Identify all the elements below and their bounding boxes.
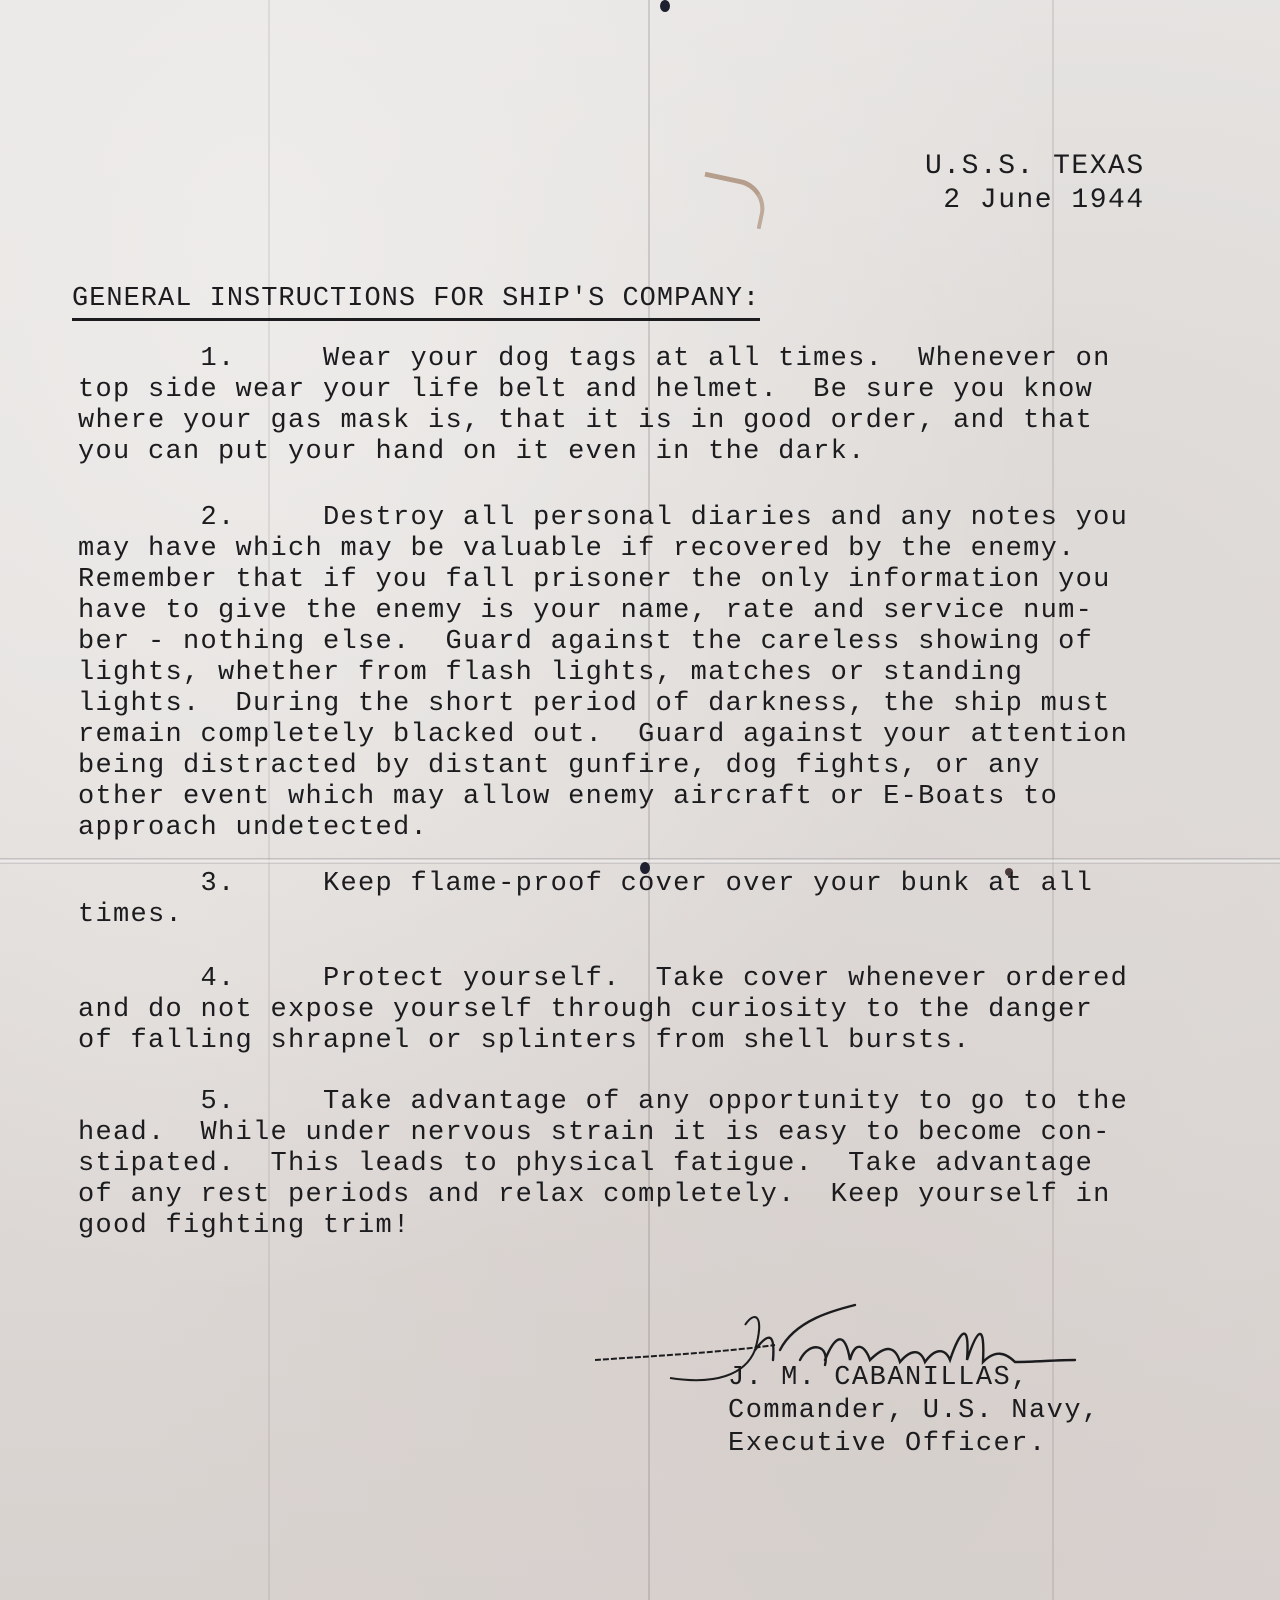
signer-rank: Commander, U.S. Navy, [728,1395,1100,1428]
paragraph-line: remain completely blacked out. Guard aga… [78,720,1128,751]
letter-date: 2 June 1944 [925,184,1145,218]
signature-block: J. M. CABANILLAS, Commander, U.S. Navy, … [728,1362,1100,1461]
rust-stain [696,172,770,230]
paragraph-2: 2. Destroy all personal diaries and any … [78,503,1128,844]
paragraph-line: lights, whether from flash lights, match… [78,658,1128,689]
paragraph-line: good fighting trim! [78,1211,1128,1242]
paragraph-line: 5. Take advantage of any opportunity to … [78,1087,1128,1118]
paragraph-3: 3. Keep flame-proof cover over your bunk… [78,869,1093,931]
paragraph-line: ber - nothing else. Guard against the ca… [78,627,1128,658]
signer-role: Executive Officer. [728,1428,1100,1461]
paragraph-line: other event which may allow enemy aircra… [78,782,1128,813]
paragraph-line: where your gas mask is, that it is in go… [78,406,1111,437]
paragraph-4: 4. Protect yourself. Take cover whenever… [78,964,1128,1057]
paragraph-line: Remember that if you fall prisoner the o… [78,565,1128,596]
paragraph-line: top side wear your life belt and helmet.… [78,375,1111,406]
paragraph-line: of any rest periods and relax completely… [78,1180,1128,1211]
paragraph-line: approach undetected. [78,813,1128,844]
paragraph-line: times. [78,900,1093,931]
paragraph-line: you can put your hand on it even in the … [78,437,1111,468]
paragraph-line: may have which may be valuable if recove… [78,534,1128,565]
paragraph-5: 5. Take advantage of any opportunity to … [78,1087,1128,1242]
ship-name: U.S.S. TEXAS [925,150,1145,184]
letter-header: U.S.S. TEXAS 2 June 1944 [925,150,1145,218]
paragraph-line: lights. During the short period of darkn… [78,689,1128,720]
paragraph-line: 3. Keep flame-proof cover over your bunk… [78,869,1093,900]
horizontal-fold-crease [0,858,1280,864]
signer-name: J. M. CABANILLAS, [728,1362,1100,1395]
paragraph-line: 1. Wear your dog tags at all times. When… [78,344,1111,375]
paragraph-line: stipated. This leads to physical fatigue… [78,1149,1128,1180]
document-title: GENERAL INSTRUCTIONS FOR SHIP'S COMPANY: [72,284,760,321]
letter-page: U.S.S. TEXAS 2 June 1944 GENERAL INSTRUC… [0,0,1280,1600]
paragraph-line: 2. Destroy all personal diaries and any … [78,503,1128,534]
paragraph-line: have to give the enemy is your name, rat… [78,596,1128,627]
paper-hole [660,0,670,12]
paragraph-line: and do not expose yourself through curio… [78,995,1128,1026]
paragraph-1: 1. Wear your dog tags at all times. When… [78,344,1111,468]
paragraph-line: 4. Protect yourself. Take cover whenever… [78,964,1128,995]
paragraph-line: of falling shrapnel or splinters from sh… [78,1026,1128,1057]
paragraph-line: head. While under nervous strain it is e… [78,1118,1128,1149]
paragraph-line: being distracted by distant gunfire, dog… [78,751,1128,782]
